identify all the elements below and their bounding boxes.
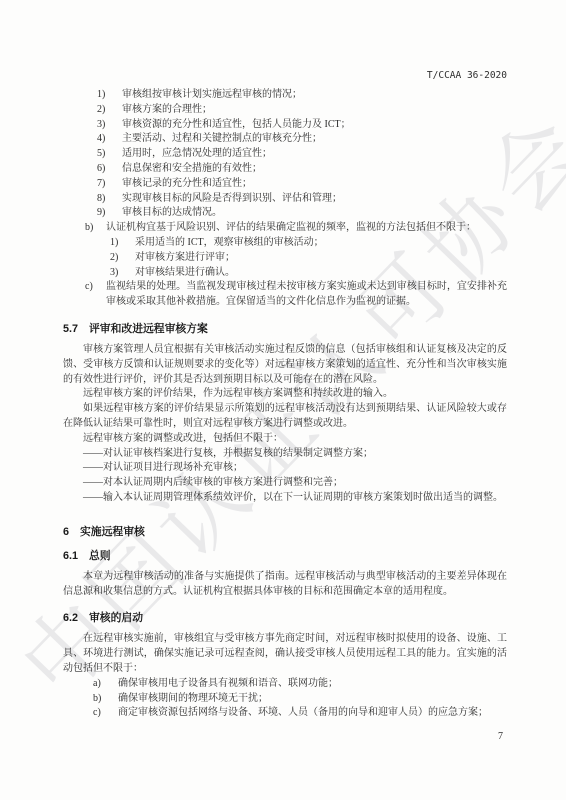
dash-item: ——对认证审核档案进行复核，并根据复核的结果制定调整方案；	[63, 447, 507, 462]
document-reference-header: T/CCAA 36-2020	[427, 70, 507, 81]
paragraph: 本章为远程审核活动的准备与实施提供了指南。远程审核活动与典型审核活动的主要差异体…	[63, 570, 507, 600]
paragraph: 在远程审核实施前，审核组宜与受审核方事先商定时间，对远程审核时拟使用的设备、设施…	[63, 632, 507, 676]
list-item: 7)审核记录的充分性和适宜性；	[63, 177, 507, 192]
list-item-number: 7)	[97, 177, 122, 192]
heading-5-7: 5.7评审和改进远程审核方案	[63, 321, 507, 337]
list-item: 3)审核资源的充分性和适宜性，包括人员能力及 ICT；	[63, 118, 507, 133]
list-item: 1)采用适当的 ICT，观察审核组的审核活动；	[63, 236, 507, 251]
dash-item: ——输入本认证周期管理体系绩效评价，以在下一认证周期的审核方案策划时做出适当的调…	[63, 491, 507, 506]
heading-title: 实施远程审核	[80, 526, 145, 538]
list-item-text: 审核资源的充分性和适宜性，包括人员能力及 ICT；	[122, 118, 507, 133]
list-item-number: b)	[85, 221, 106, 236]
list-item-text: 对审核结果进行确认。	[135, 266, 507, 281]
list-item-text: 监视结果的处理。当监视发现审核过程未按审核方案实施或未达到审核目标时，宜安排补充…	[106, 280, 507, 310]
list-item-number: 2)	[97, 103, 122, 118]
page-number: 7	[498, 731, 503, 742]
list-item-text: 认证机构宜基于风险识别、评估的结果确定监视的频率，监视的方法包括但不限于：	[106, 221, 507, 236]
heading-number: 6.2	[63, 612, 78, 624]
list-item: 6)信息保密和安全措施的有效性；	[63, 162, 507, 177]
document-page: 中国认证认可协会 T/CCAA 36-2020 1)审核组按审核计划实施远程审核…	[0, 0, 566, 800]
list-item: 8)实现审核目标的风险是否得到识别、评估和管理；	[63, 192, 507, 207]
list-item-number: a)	[93, 677, 118, 692]
heading-number: 6.1	[63, 550, 78, 562]
list-item: c)商定审核资源包括网络与设备、环境、人员（备用的向导和迎审人员）的应急方案；	[63, 706, 507, 721]
list-item-text: 采用适当的 ICT，观察审核组的审核活动；	[135, 236, 507, 251]
heading-title: 审核的启动	[89, 612, 143, 624]
list-item: 2)审核方案的合理性；	[63, 103, 507, 118]
dash-item: ——对本认证周期内后续审核的审核方案进行调整和完善；	[63, 476, 507, 491]
list-item-text: 审核组按审核计划实施远程审核的情况；	[122, 88, 507, 103]
list-item-number: 5)	[97, 147, 122, 162]
paragraph: 远程审核方案的评价结果，作为远程审核方案调整和持续改进的输入。	[63, 387, 507, 402]
list-item: 2)对审核方案进行评审；	[63, 251, 507, 266]
list-item-number: 3)	[97, 118, 122, 133]
list-item-text: 实现审核目标的风险是否得到识别、评估和管理；	[122, 192, 507, 207]
heading-6-1: 6.1总则	[63, 548, 507, 564]
list-item: 4)主要活动、过程和关键控制点的审核充分性；	[63, 132, 507, 147]
list-item-number: c)	[93, 706, 118, 721]
heading-title: 总则	[89, 550, 111, 562]
list-item-b: b)认证机构宜基于风险识别、评估的结果确定监视的频率，监视的方法包括但不限于：	[63, 221, 507, 236]
list-item-c: c)监视结果的处理。当监视发现审核过程未按审核方案实施或未达到审核目标时，宜安排…	[63, 280, 507, 310]
paragraph: 远程审核方案的调整或改进，包括但不限于：	[63, 432, 507, 447]
list-item: b)确保审核期间的物理环境无干扰；	[63, 692, 507, 707]
list-item-text: 审核方案的合理性；	[122, 103, 507, 118]
list-item-text: 审核记录的充分性和适宜性；	[122, 177, 507, 192]
list-item: 1)审核组按审核计划实施远程审核的情况；	[63, 88, 507, 103]
list-item-text: 主要活动、过程和关键控制点的审核充分性；	[122, 132, 507, 147]
heading-number: 6	[63, 526, 69, 538]
document-content: 1)审核组按审核计划实施远程审核的情况； 2)审核方案的合理性； 3)审核资源的…	[63, 88, 507, 721]
list-item: 5)适用时，应急情况处理的适宜性；	[63, 147, 507, 162]
list-item: 9)审核目标的达成情况。	[63, 206, 507, 221]
list-item-text: 适用时，应急情况处理的适宜性；	[122, 147, 507, 162]
list-item-number: 3)	[110, 266, 135, 281]
list-item-text: 信息保密和安全措施的有效性；	[122, 162, 507, 177]
list-item-text: 确保审核期间的物理环境无干扰；	[118, 692, 507, 707]
dash-item: ——对认证项目进行现场补充审核；	[63, 461, 507, 476]
list-item-number: 1)	[110, 236, 135, 251]
list-item-number: 4)	[97, 132, 122, 147]
paragraph: 审核方案管理人员宜根据有关审核活动实施过程反馈的信息（包括审核组和认证复核及决定…	[63, 343, 507, 387]
list-item-text: 审核目标的达成情况。	[122, 206, 507, 221]
list-item-number: c)	[85, 280, 106, 310]
heading-number: 5.7	[63, 323, 78, 335]
list-item-text: 对审核方案进行评审；	[135, 251, 507, 266]
heading-6-2: 6.2审核的启动	[63, 610, 507, 626]
list-item-number: 6)	[97, 162, 122, 177]
list-item-number: 8)	[97, 192, 122, 207]
list-item-text: 商定审核资源包括网络与设备、环境、人员（备用的向导和迎审人员）的应急方案；	[118, 706, 507, 721]
list-item: a)确保审核用电子设备具有视频和语音、联网功能；	[63, 677, 507, 692]
list-item-number: 2)	[110, 251, 135, 266]
heading-6: 6实施远程审核	[63, 524, 507, 540]
list-item-number: 9)	[97, 206, 122, 221]
list-item-number: 1)	[97, 88, 122, 103]
list-item-number: b)	[93, 692, 118, 707]
paragraph: 如果远程审核方案的评价结果显示所策划的远程审核活动没有达到预期结果、认证风险较大…	[63, 402, 507, 432]
heading-title: 评审和改进远程审核方案	[89, 323, 208, 335]
list-item: 3)对审核结果进行确认。	[63, 266, 507, 281]
list-item-text: 确保审核用电子设备具有视频和语音、联网功能；	[118, 677, 507, 692]
